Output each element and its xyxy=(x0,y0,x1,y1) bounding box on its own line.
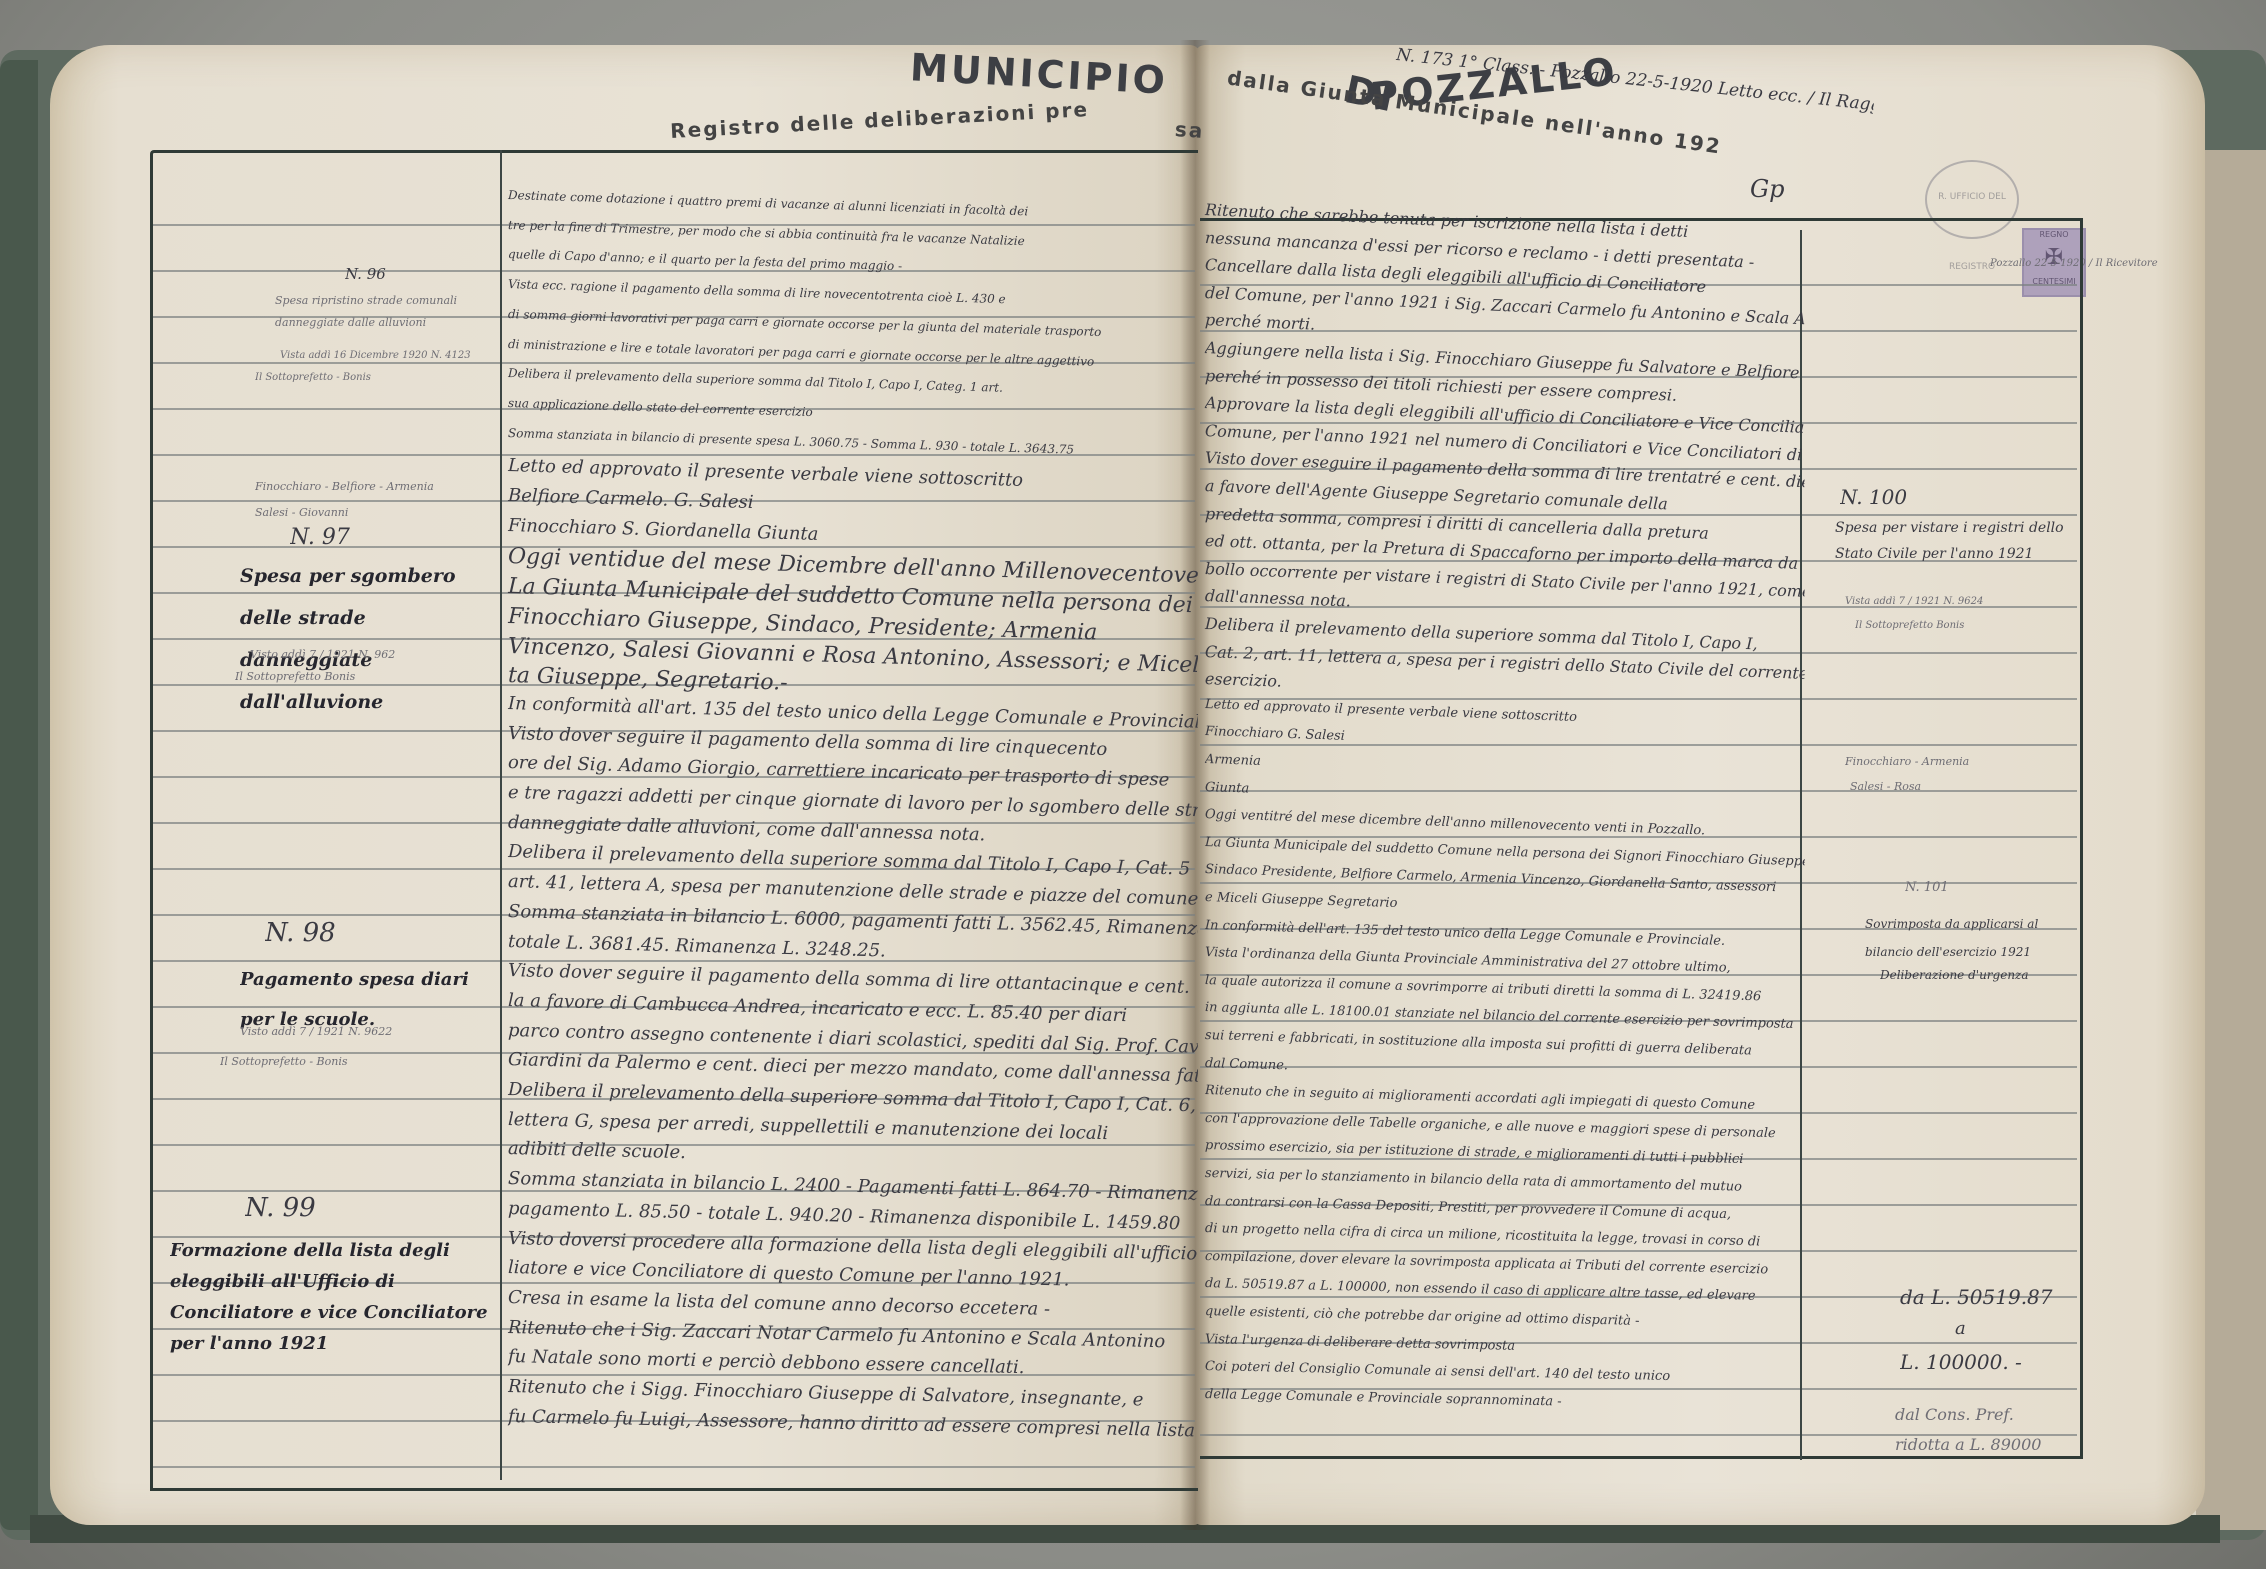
entry-subject: Formazione della lista degli eleggibili … xyxy=(170,1235,500,1359)
entry-number: N. 96 xyxy=(345,265,386,283)
entry-number: N. 98 xyxy=(265,918,336,948)
entry-note2: Il Sottoprefetto - Bonis xyxy=(255,372,495,383)
entry-note: Visto addì 7 / 1921 N. 9622 xyxy=(240,1025,495,1038)
entry-note: Visto addì 7 / 1921 N. 962 xyxy=(250,648,495,661)
entry-note: Vista addì 16 Dicembre 1920 N. 4123 xyxy=(280,350,500,361)
entry-number: N. 101 xyxy=(1905,880,1949,895)
entry-subject: Finocchiaro - Belfiore - Armenia xyxy=(255,480,495,493)
entry-note2: Il Sottoprefetto - Bonis xyxy=(220,1055,495,1068)
entry-note2: Il Sottoprefetto Bonis xyxy=(235,670,495,683)
entry-number: N. 99 xyxy=(245,1193,316,1223)
entry-subject: Spesa per vistare i registri dello Stato… xyxy=(1835,515,2070,567)
top-initials: Gp xyxy=(1750,175,1785,203)
entry-note2: L. 100000. - xyxy=(1900,1350,2022,1374)
cover-edge-left xyxy=(0,60,38,1530)
entry-note: Salesi - Rosa xyxy=(1850,780,2075,793)
entry-note: a xyxy=(1955,1318,1966,1339)
entry-subject: Sovrimposta da applicarsi al bilancio de… xyxy=(1865,910,2080,966)
entry-number: N. 97 xyxy=(290,525,350,550)
entry-note: Deliberazione d'urgenza xyxy=(1880,968,2080,982)
header-subtitle-mid: sa xyxy=(1174,117,1205,143)
entry-subject: Spesa ripristino strade comunali dannegg… xyxy=(275,290,495,334)
entry-note: Salesi - Giovanni xyxy=(255,506,495,519)
entry-note: Vista addì 7 / 1921 N. 9624 xyxy=(1845,596,2075,607)
entry-subject: Finocchiaro - Armenia xyxy=(1845,755,2075,768)
entry-subject: Spesa per sgombero delle strade danneggi… xyxy=(240,555,495,723)
entry-note3: dal Cons. Pref. ridotta a L. 89000 xyxy=(1895,1400,2055,1460)
entry-number: N. 100 xyxy=(1840,485,1907,509)
entry-subject: da L. 50519.87 xyxy=(1900,1285,2053,1309)
entry-note2: Il Sottoprefetto Bonis xyxy=(1855,620,2075,631)
left-margin-column-divider xyxy=(500,150,502,1480)
